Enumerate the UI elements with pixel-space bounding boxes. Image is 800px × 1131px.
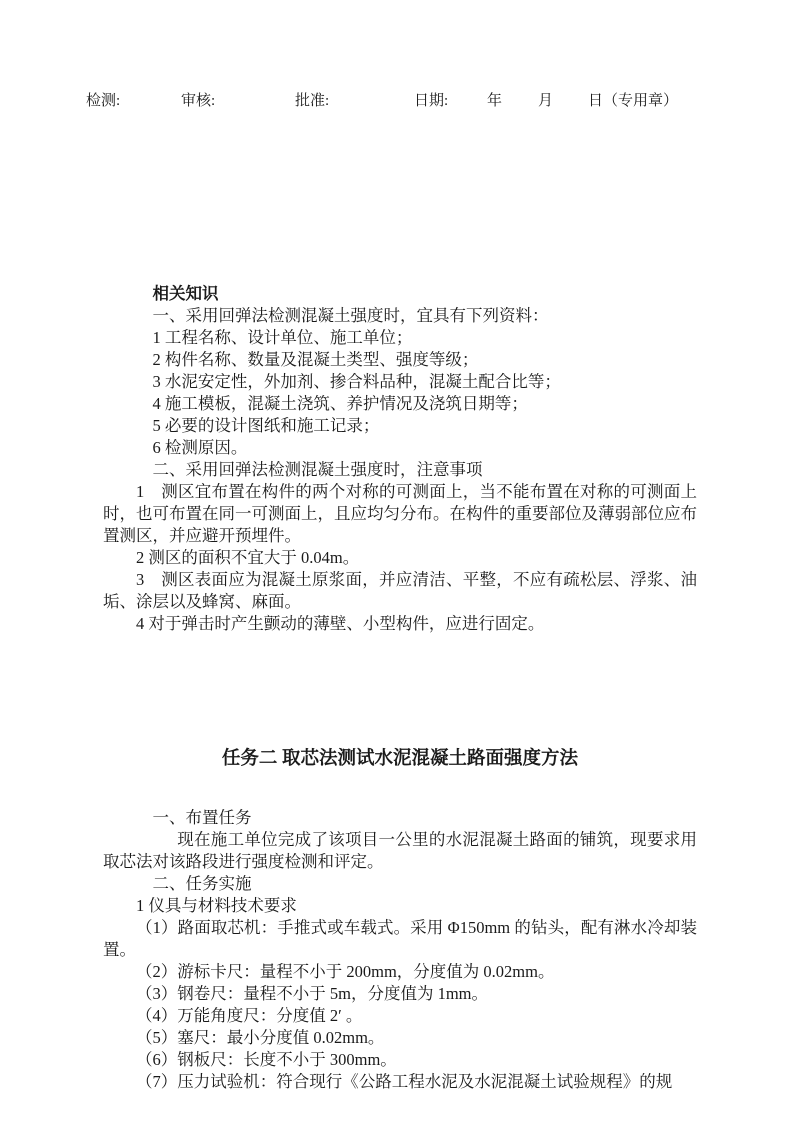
note-item: 3 测区表面应为混凝土原浆面，并应清洁、平整，不应有疏松层、浮浆、油垢、涂层以及… [103, 569, 697, 613]
month-label: 月 [538, 89, 553, 110]
equipment-item: （1）路面取芯机：手推式或车载式。采用 Φ150mm 的钻头，配有淋水冷却装置。 [103, 917, 697, 961]
task-section-two-heading: 二、任务实施 [103, 873, 697, 895]
note-item: 1 测区宜布置在构件的两个对称的可测面上，当不能布置在对称的可测面上时，也可布置… [103, 481, 697, 547]
inspector-label: 检测: [86, 89, 120, 110]
list-item: 3 水泥安定性，外加剂、掺合料品种，混凝土配合比等； [103, 371, 697, 393]
list-item: 5 必要的设计图纸和施工记录； [103, 415, 697, 437]
equipment-item: （2）游标卡尺：量程不小于 200mm，分度值为 0.02mm。 [103, 961, 697, 983]
signoff-row: 检测: 审核: 批准: 日期: 年 月 日（专用章） [0, 89, 800, 111]
note-item: 2 测区的面积不宜大于 0.04m。 [103, 547, 697, 569]
equipment-item: （5）塞尺：最小分度值 0.02mm。 [103, 1027, 697, 1049]
equipment-item: （7）压力试验机：符合现行《公路工程水泥及水泥混凝土试验规程》的规 [103, 1071, 697, 1093]
approver-label: 批准: [295, 89, 329, 110]
day-seal-label: 日（专用章） [588, 89, 678, 110]
task-section-one-heading: 一、布置任务 [103, 807, 697, 829]
task2-section: 一、布置任务 现在施工单位完成了该项目一公里的水泥混凝土路面的铺筑，现要求用取芯… [103, 807, 697, 1093]
equipment-item: （3）钢卷尺：量程不小于 5m，分度值为 1mm。 [103, 983, 697, 1005]
note-item: 4 对于弹击时产生颤动的薄壁、小型构件，应进行固定。 [103, 613, 697, 635]
equipment-item: （6）钢板尺：长度不小于 300mm。 [103, 1049, 697, 1071]
task-description: 现在施工单位完成了该项目一公里的水泥混凝土路面的铺筑，现要求用取芯法对该路段进行… [103, 829, 697, 873]
related-knowledge-heading: 相关知识 [103, 283, 697, 305]
knowledge-section: 相关知识 一、采用回弹法检测混凝土强度时，宜具有下列资料： 1 工程名称、设计单… [103, 283, 697, 635]
list-item: 4 施工模板，混凝土浇筑、养护情况及浇筑日期等； [103, 393, 697, 415]
list-item: 1 工程名称、设计单位、施工单位； [103, 327, 697, 349]
equipment-item: （4）万能角度尺：分度值 2′ 。 [103, 1005, 697, 1027]
task2-title: 任务二 取芯法测试水泥混凝土路面强度方法 [0, 744, 800, 774]
section-one-heading: 一、采用回弹法检测混凝土强度时，宜具有下列资料： [103, 305, 697, 327]
document-page: 检测: 审核: 批准: 日期: 年 月 日（专用章） 相关知识 一、采用回弹法检… [0, 0, 800, 1131]
year-label: 年 [487, 89, 502, 110]
section-two-heading: 二、采用回弹法检测混凝土强度时，注意事项 [103, 459, 697, 481]
list-item: 6 检测原因。 [103, 437, 697, 459]
reviewer-label: 审核: [181, 89, 215, 110]
list-item: 2 构件名称、数量及混凝土类型、强度等级； [103, 349, 697, 371]
subsection-heading: 1 仪具与材料技术要求 [103, 895, 697, 917]
date-label: 日期: [414, 89, 448, 110]
